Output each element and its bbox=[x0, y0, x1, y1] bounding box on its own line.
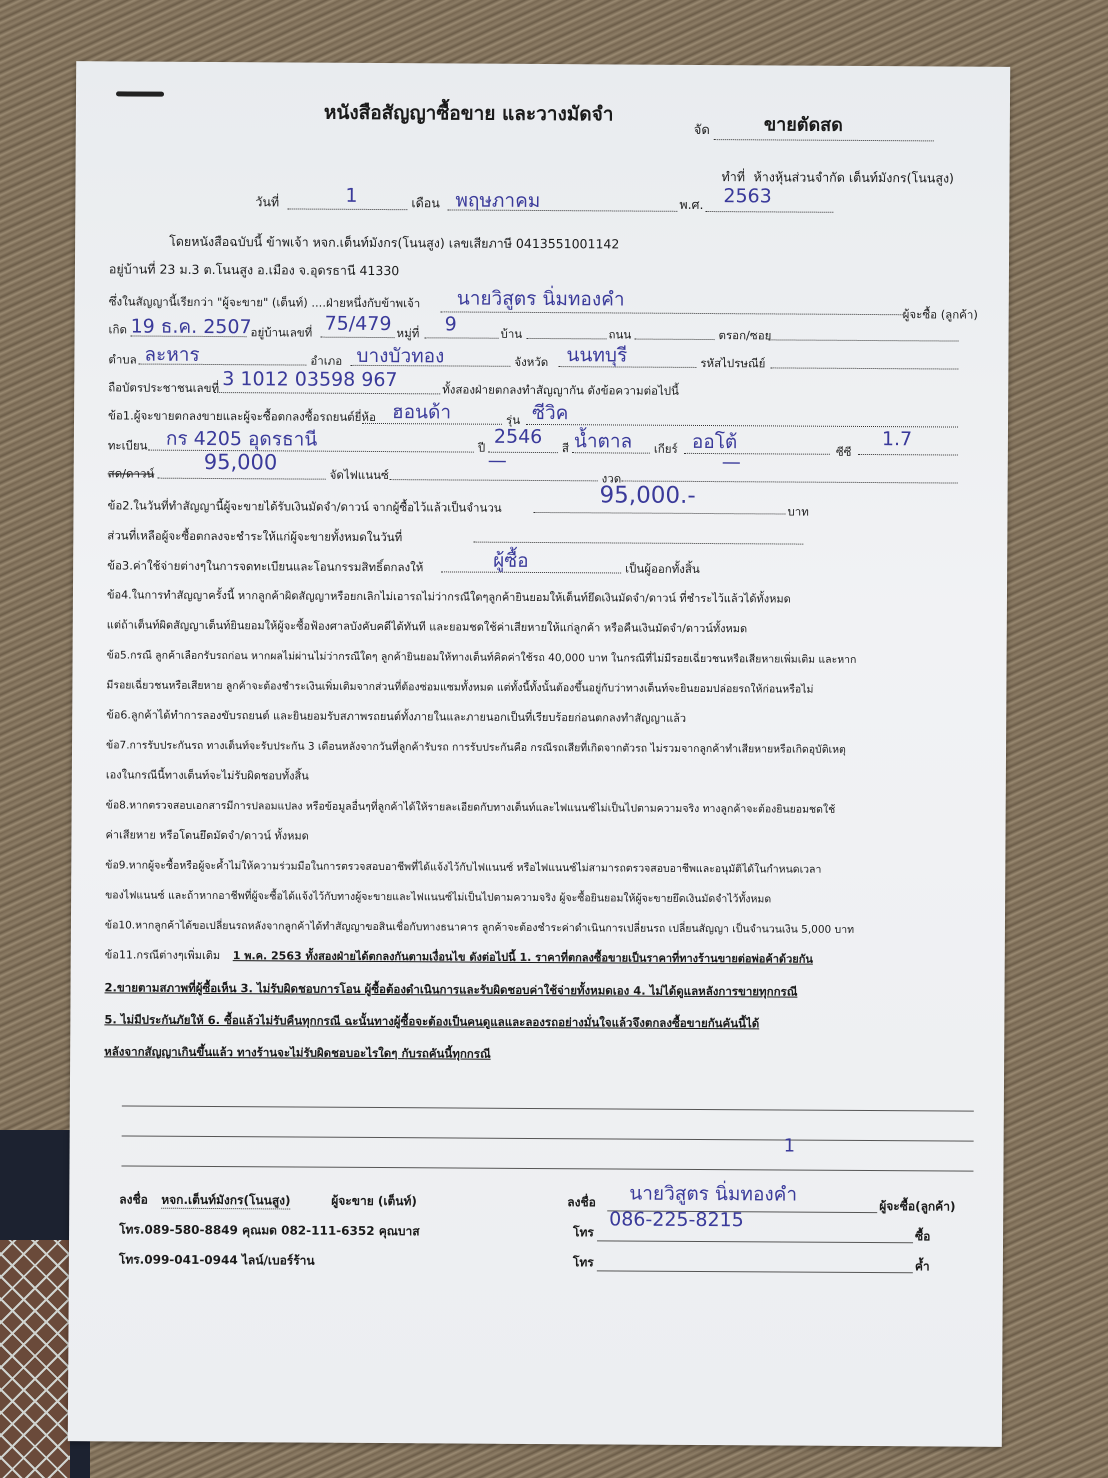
clause-line: ข้อ9.หากผู้จะซื้อหรือผู้จะค้ำไม่ให้ความร… bbox=[105, 857, 821, 877]
month-label: เดือน bbox=[411, 195, 440, 211]
district-label: อำเภอ bbox=[310, 353, 342, 369]
blank-line bbox=[122, 1105, 974, 1111]
province-label: จังหวัด bbox=[514, 354, 548, 370]
clause-line: แต่ถ้าเต็นท์ผิดสัญญาเต็นท์ยินยอมให้ผู้จะ… bbox=[107, 617, 747, 637]
house-no-value: 75/479 bbox=[325, 313, 392, 335]
village-label: บ้าน bbox=[501, 326, 523, 342]
gear-label: เกียร์ bbox=[654, 441, 678, 457]
moo-dotline bbox=[425, 337, 499, 338]
clause11-label: ข้อ11.กรณีต่างๆเพิ่มเติม bbox=[105, 947, 221, 964]
background-tile-pattern bbox=[0, 1240, 70, 1478]
cc-label: ซีซี bbox=[836, 444, 852, 460]
month-value: พฤษภาคม bbox=[455, 185, 540, 216]
birth-label: เกิด bbox=[109, 321, 127, 337]
type-value: ขายตัดสด bbox=[764, 117, 843, 133]
clause11-line: 2.ขายตามสภาพที่ผู้ซื้อเห็น 3. ไม่รับผิดช… bbox=[105, 979, 798, 999]
finance-value: — bbox=[488, 450, 507, 472]
blank-line bbox=[121, 1165, 973, 1171]
seller-address: อยู่บ้านที่ 23 ม.3 ต.โนนสูง อ.เมือง จ.อุ… bbox=[109, 261, 399, 279]
buyer-signature: นายวิสูตร นิ่มทองคำ bbox=[629, 1179, 797, 1210]
type-dotline bbox=[714, 139, 934, 141]
type-label: จัด bbox=[694, 123, 710, 139]
seller-sign-label: ลงชื่อ bbox=[119, 1191, 148, 1207]
car-color: น้ำตาล bbox=[574, 426, 632, 456]
buyer-intro-label: ซึ่งในสัญญานี้เรียกว่า "ผู้จะขาย" (เต็นท… bbox=[109, 293, 421, 311]
seller-phone-1: โทร.089-580-8849 คุณมด 082-111-6352 คุณบ… bbox=[119, 1221, 420, 1239]
cash-dotline bbox=[158, 478, 326, 480]
buyer-role-label: ผู้จะซื้อ (ลูกค้า) bbox=[903, 306, 978, 322]
handwritten-mark: 1 bbox=[784, 1136, 796, 1157]
clause-line: ข้อ4.ในการทำสัญญาครั้งนี้ หากลูกค้าผิดสั… bbox=[107, 587, 791, 607]
finance-dotline bbox=[390, 479, 598, 481]
moo-label: หมู่ที่ bbox=[397, 325, 420, 341]
soi-label: ตรอก/ซอย bbox=[719, 327, 772, 343]
blank-line bbox=[122, 1135, 974, 1141]
clause-line: ข้อ10.หากลูกค้าได้ขอเปลี่ยนรถหลังจากลูกค… bbox=[105, 917, 854, 938]
pen-mark bbox=[116, 91, 164, 96]
road-dotline bbox=[635, 339, 715, 340]
guarantor-phone-label: โทร bbox=[573, 1254, 594, 1270]
postal-label: รหัสไปรษณีย์ bbox=[700, 355, 765, 371]
clause-line: ของไฟแนนซ์ และถ้าหากอาชีพที่ผู้จะซื้อได้… bbox=[105, 887, 771, 907]
cash-label: สด/ดาวน์ bbox=[108, 465, 155, 481]
car-color-label: สี bbox=[562, 440, 569, 456]
buyer-phone-suffix: ซื้อ bbox=[915, 1228, 930, 1244]
clause-line: เองในกรณีนี้ทางเต็นท์จะไม่รับผิดชอบทั้งส… bbox=[106, 767, 309, 784]
car-year: 2546 bbox=[494, 426, 542, 448]
birth-value: 19 ธ.ค. 2507 bbox=[131, 311, 252, 342]
remaining-label: ส่วนที่เหลือผู้จะซื้อตกลงจะชำระให้แก่ผู้… bbox=[107, 527, 402, 545]
cc-dotline bbox=[858, 454, 958, 456]
buyer-sign-label: ลงชื่อ bbox=[567, 1194, 596, 1210]
clause-line: มีรอยเฉี่ยวชนหรือเสียหาย ลูกค้าจะต้องชำร… bbox=[106, 677, 813, 697]
car-year-label: ปี bbox=[478, 440, 485, 456]
agree-text: ทั้งสองฝ่ายตกลงทำสัญญากัน ดังข้อความต่อไ… bbox=[442, 381, 679, 398]
day-dotline bbox=[287, 208, 407, 210]
car-model: ซีวิค bbox=[532, 398, 568, 428]
finance-label: จัดไฟแนนซ์ bbox=[330, 467, 389, 483]
plate-label: ทะเบียน bbox=[108, 437, 148, 453]
clause1-label: ข้อ1.ผู้จะขายตกลงขายและผู้จะซื้อตกลงซื้อ… bbox=[108, 407, 376, 425]
buyer-phone-line bbox=[597, 1240, 913, 1243]
province-value: นนทบุรี bbox=[566, 340, 627, 370]
clause-line: ข้อ8.หากตรวจสอบเอกสารมีการปลอมแปลง หรือข… bbox=[106, 797, 836, 817]
clause11-line: หลังจากสัญญาเกินขึ้นแล้ว ทางร้านจะไม่รับ… bbox=[104, 1043, 491, 1061]
subdistrict-label: ตำบล bbox=[108, 351, 136, 367]
day-value: 1 bbox=[345, 185, 357, 207]
deposit-unit: บาท bbox=[787, 504, 808, 520]
id-dotline bbox=[214, 392, 440, 394]
seller-intro: โดยหนังสือฉบับนี้ ข้าพเจ้า หจก.เต็นท์มัง… bbox=[169, 234, 619, 253]
buyer-phone-label: โทร bbox=[573, 1224, 594, 1240]
soi-dotline bbox=[769, 339, 959, 341]
buyer-name: นายวิสูตร นิ่มทองคำ bbox=[457, 283, 625, 314]
house-no-dotline bbox=[321, 337, 395, 338]
clause-line: ข้อ6.ลูกค้าได้ทำการลองขับรถยนต์ และยินยอ… bbox=[106, 707, 686, 727]
clause-line: ข้อ5.กรณี ลูกค้าเลือกรับรถก่อน หากผลไม่ผ… bbox=[107, 647, 857, 668]
clause3-label: ข้อ3.ค่าใช้จ่ายต่างๆในการจดทะเบียนและโอน… bbox=[107, 557, 423, 575]
clause2-label: ข้อ2.ในวันที่ทำสัญญานี้ผู้จะขายได้รับเงิ… bbox=[107, 497, 501, 515]
place-value: ห้างหุ้นส่วนจำกัด เต็นท์มังกร(โนนสูง) bbox=[753, 169, 954, 186]
document-title: หนังสือสัญญาซื้อขาย และวางมัดจำ bbox=[324, 105, 614, 123]
remaining-dotline bbox=[473, 542, 803, 545]
guarantor-phone-line bbox=[597, 1270, 913, 1273]
deposit-amount: 95,000.- bbox=[600, 482, 696, 509]
subdistrict-value: ละหาร bbox=[144, 340, 199, 370]
house-no-label: อยู่บ้านเลขที่ bbox=[251, 324, 313, 340]
car-cc: 1.7 bbox=[882, 428, 912, 450]
buyer-role: ผู้จะซื้อ(ลูกค้า) bbox=[879, 1198, 955, 1214]
clause3-suffix: เป็นผู้ออกทั้งสิ้น bbox=[625, 561, 700, 577]
installment-value: — bbox=[722, 451, 741, 473]
seller-phone-2: โทร.099-041-0944 ไลน์/เบอร์ร้าน bbox=[119, 1251, 315, 1268]
contract-paper: หนังสือสัญญาซื้อขาย และวางมัดจำ จัด ขายต… bbox=[68, 61, 1010, 1447]
id-value: 3 1012 03598 967 bbox=[222, 368, 397, 391]
year-label: พ.ศ. bbox=[679, 197, 703, 213]
clause11-line: 5. ไม่มีประกันภัยให้ 6. ซื้อแล้วไม่รับคื… bbox=[104, 1011, 759, 1031]
clause3-dotline bbox=[441, 571, 621, 573]
car-brand: ฮอนด้า bbox=[392, 397, 451, 427]
seller-role: ผู้จะขาย (เต็นท์) bbox=[331, 1193, 417, 1210]
clause3-value: ผู้ซื้อ bbox=[493, 546, 529, 576]
day-label: วันที่ bbox=[255, 194, 279, 210]
seller-sign-value: หจก.เต็นท์มังกร(โนนสูง) bbox=[161, 1192, 290, 1210]
place-label: ทำที่ bbox=[721, 169, 745, 185]
postal-dotline bbox=[770, 367, 958, 369]
buyer-phone-value: 086-225-8215 bbox=[609, 1208, 744, 1231]
id-label: ถือบัตรประชาชนเลขที่ bbox=[108, 379, 219, 396]
clause11-line: 1 พ.ค. 2563 ทั้งสองฝ่ายได้ตกลงกันตามเงื่… bbox=[233, 948, 813, 968]
district-value: บางบัวทอง bbox=[356, 341, 444, 372]
cash-value: 95,000 bbox=[204, 450, 278, 474]
guarantor-suffix: ค้ำ bbox=[915, 1258, 930, 1274]
moo-value: 9 bbox=[445, 313, 457, 335]
clause-line: ข้อ7.การรับประกันรถ ทางเต็นท์จะรับประกัน… bbox=[106, 737, 846, 758]
year-value: 2563 bbox=[723, 185, 771, 207]
deposit-dotline bbox=[533, 512, 785, 515]
clause-line: ค่าเสียหาย หรือโดนยึดมัดจำ/ดาวน์ ทั้งหมด bbox=[105, 827, 308, 844]
year-dotline bbox=[705, 211, 833, 213]
